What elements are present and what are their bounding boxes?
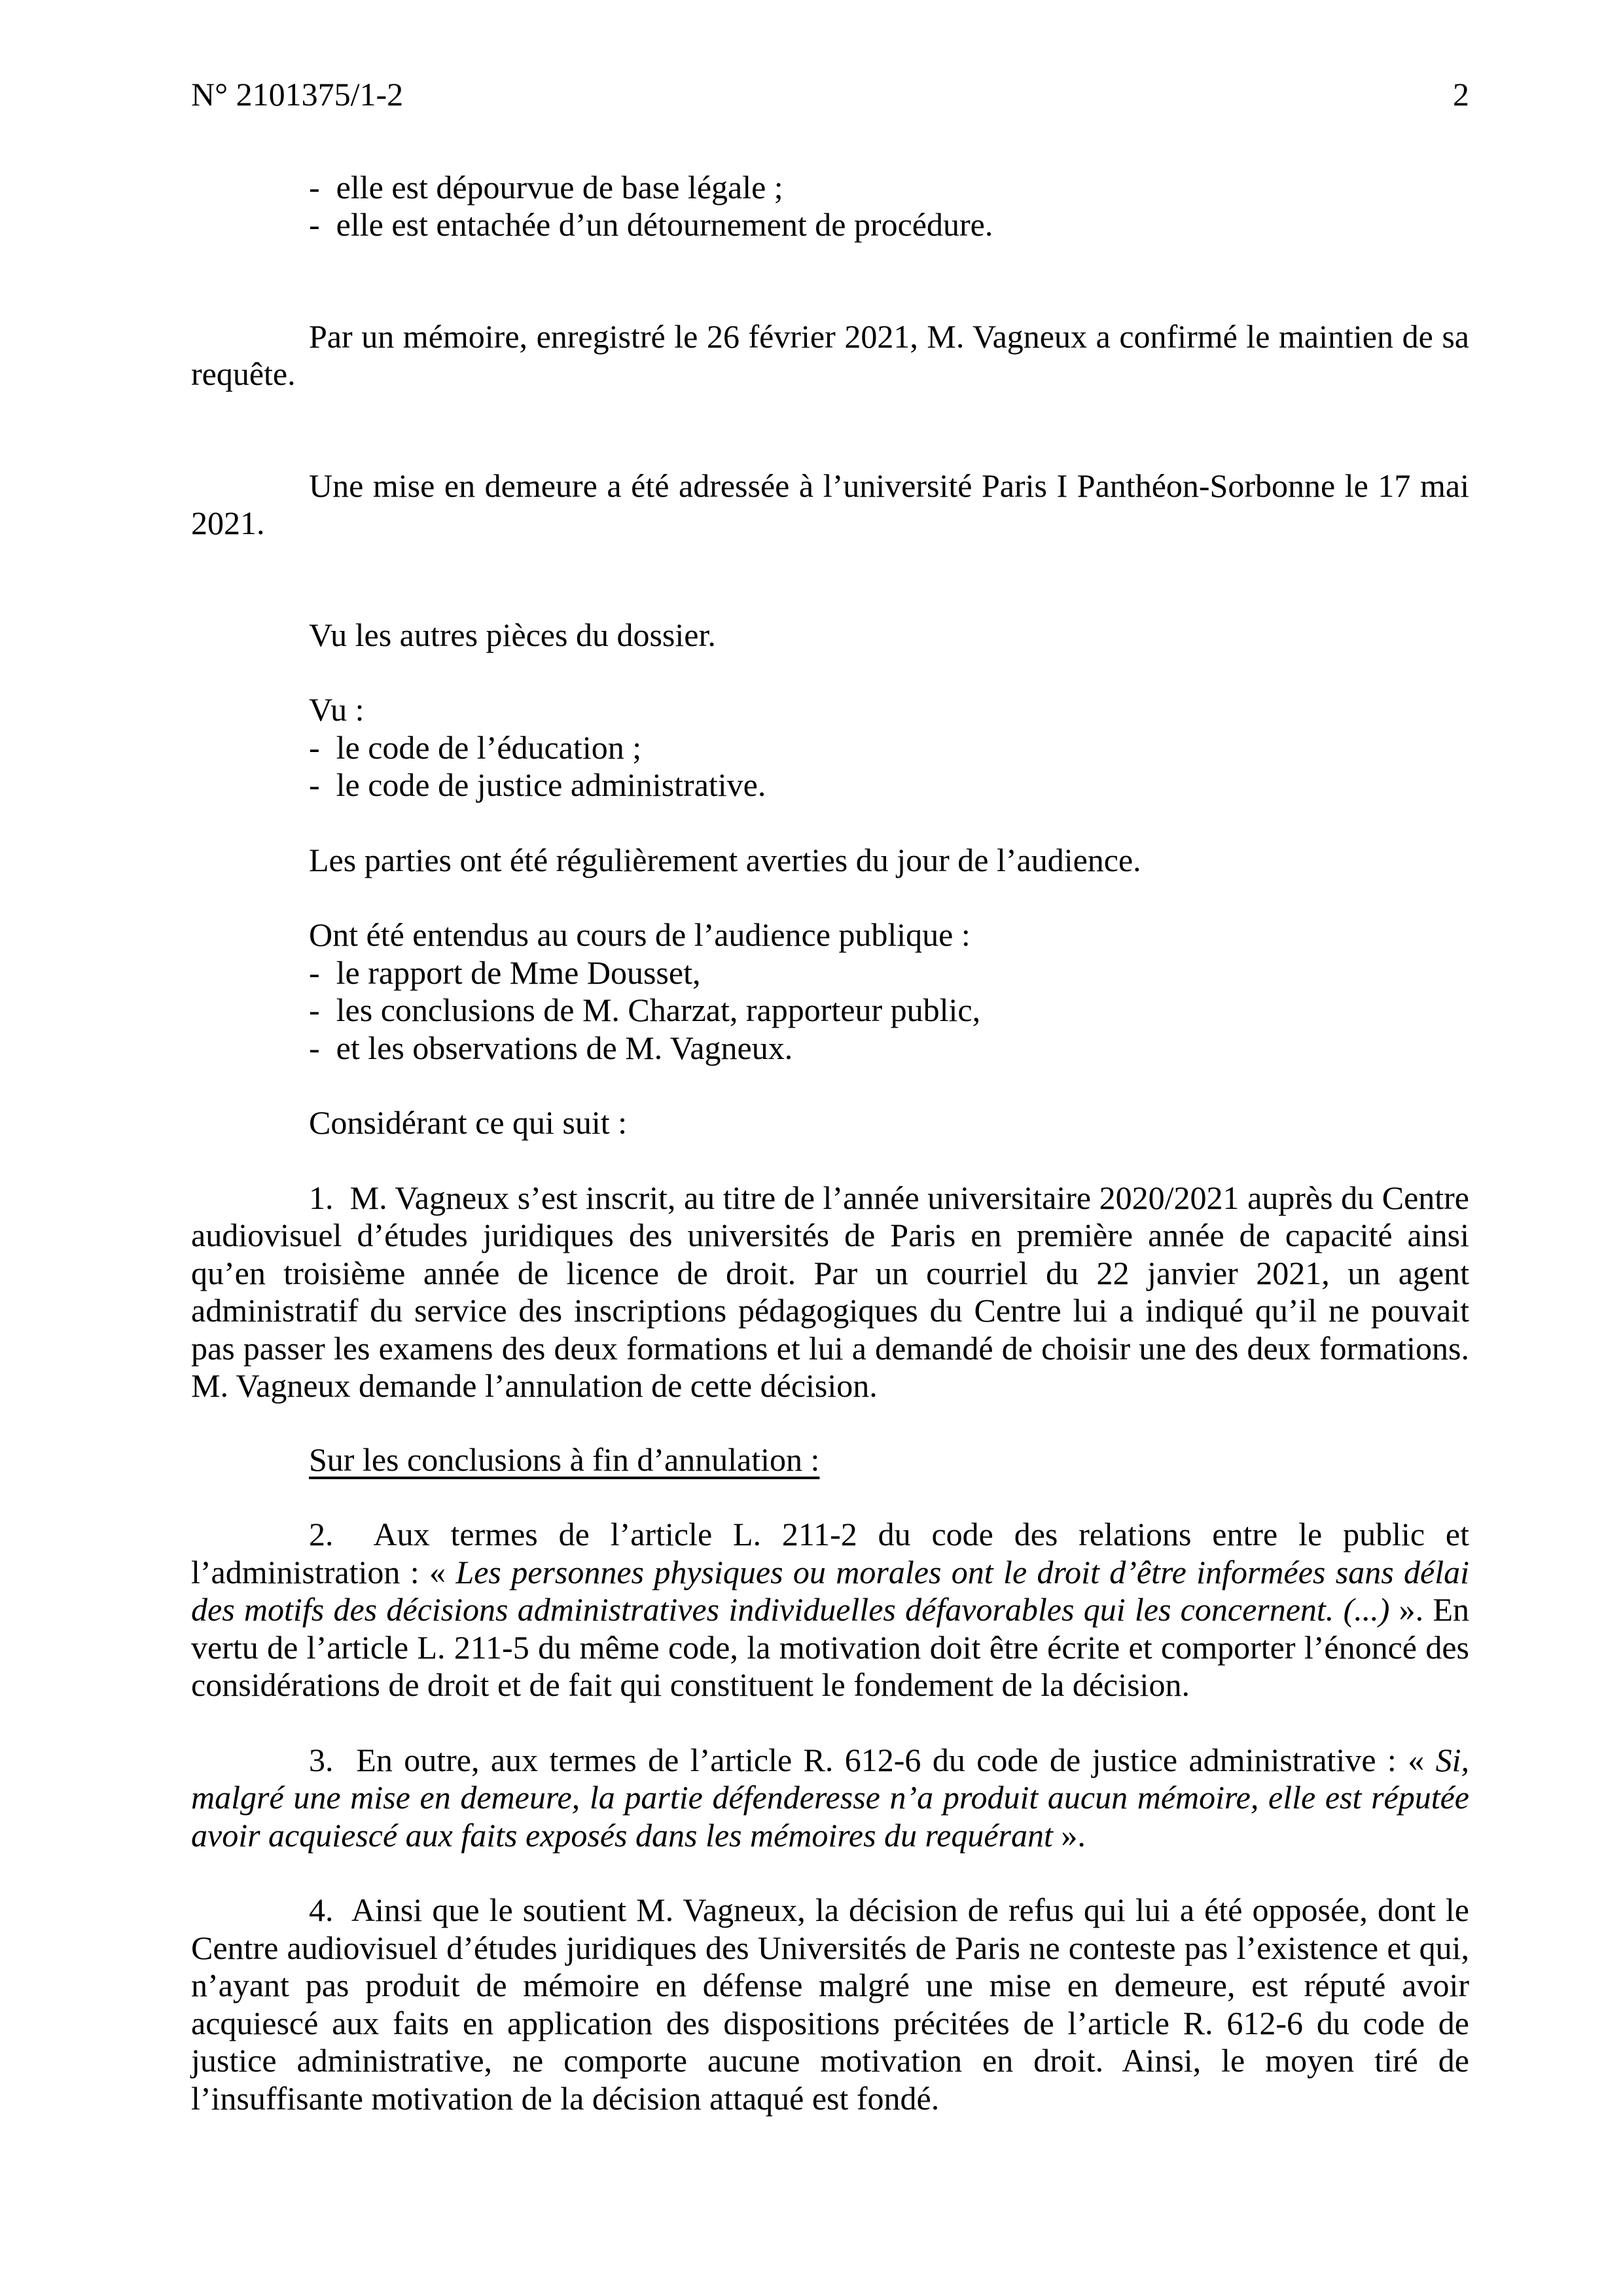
- case-number: N° 2101375/1-2: [191, 76, 403, 114]
- plea-item: - elle est entachée d’un détournement de…: [191, 206, 1469, 244]
- vu-block: Vu : - le code de l’éducation ; - le cod…: [191, 691, 1469, 804]
- entendus-intro: Ont été entendus au cours de l’audience …: [191, 916, 1469, 954]
- paragraph-mise-en-demeure: Une mise en demeure a été adressée à l’u…: [191, 467, 1469, 543]
- point-2: 2. Aux termes de l’article L. 211-2 du c…: [191, 1516, 1469, 1704]
- vu-item: - le code de l’éducation ;: [191, 729, 1469, 767]
- point-4: 4. Ainsi que le soutient M. Vagneux, la …: [191, 1892, 1469, 2117]
- section-heading-text: Sur les conclusions à fin d’annulation :: [309, 1441, 819, 1478]
- entendus-item: - et les observations de M. Vagneux.: [191, 1030, 1469, 1067]
- vu-item: - le code de justice administrative.: [191, 766, 1469, 804]
- paragraph-considerant: Considérant ce qui suit :: [191, 1104, 1469, 1142]
- paragraph-parties: Les parties ont été régulièrement averti…: [191, 842, 1469, 880]
- section-heading-annulation: Sur les conclusions à fin d’annulation :: [191, 1441, 1469, 1479]
- plea-item: - elle est dépourvue de base légale ;: [191, 169, 1469, 207]
- plea-list: - elle est dépourvue de base légale ; - …: [191, 169, 1469, 244]
- entendus-block: Ont été entendus au cours de l’audience …: [191, 916, 1469, 1067]
- paragraph-vu-pieces: Vu les autres pièces du dossier.: [191, 617, 1469, 655]
- entendus-item: - le rapport de Mme Dousset,: [191, 954, 1469, 992]
- page-header: N° 2101375/1-2 2: [191, 76, 1469, 114]
- paragraph-memoire: Par un mémoire, enregistré le 26 février…: [191, 318, 1469, 393]
- judgment-page: N° 2101375/1-2 2 - elle est dépourvue de…: [0, 0, 1623, 2296]
- point-3-lead: 3. En outre, aux termes de l’article R. …: [309, 1742, 1436, 1778]
- point-3: 3. En outre, aux termes de l’article R. …: [191, 1742, 1469, 1855]
- page-number: 2: [1453, 76, 1469, 114]
- vu-label: Vu :: [191, 691, 1469, 729]
- point-3-tail: ».: [1053, 1817, 1086, 1854]
- point-1: 1. M. Vagneux s’est inscrit, au titre de…: [191, 1179, 1469, 1405]
- entendus-item: - les conclusions de M. Charzat, rapport…: [191, 992, 1469, 1030]
